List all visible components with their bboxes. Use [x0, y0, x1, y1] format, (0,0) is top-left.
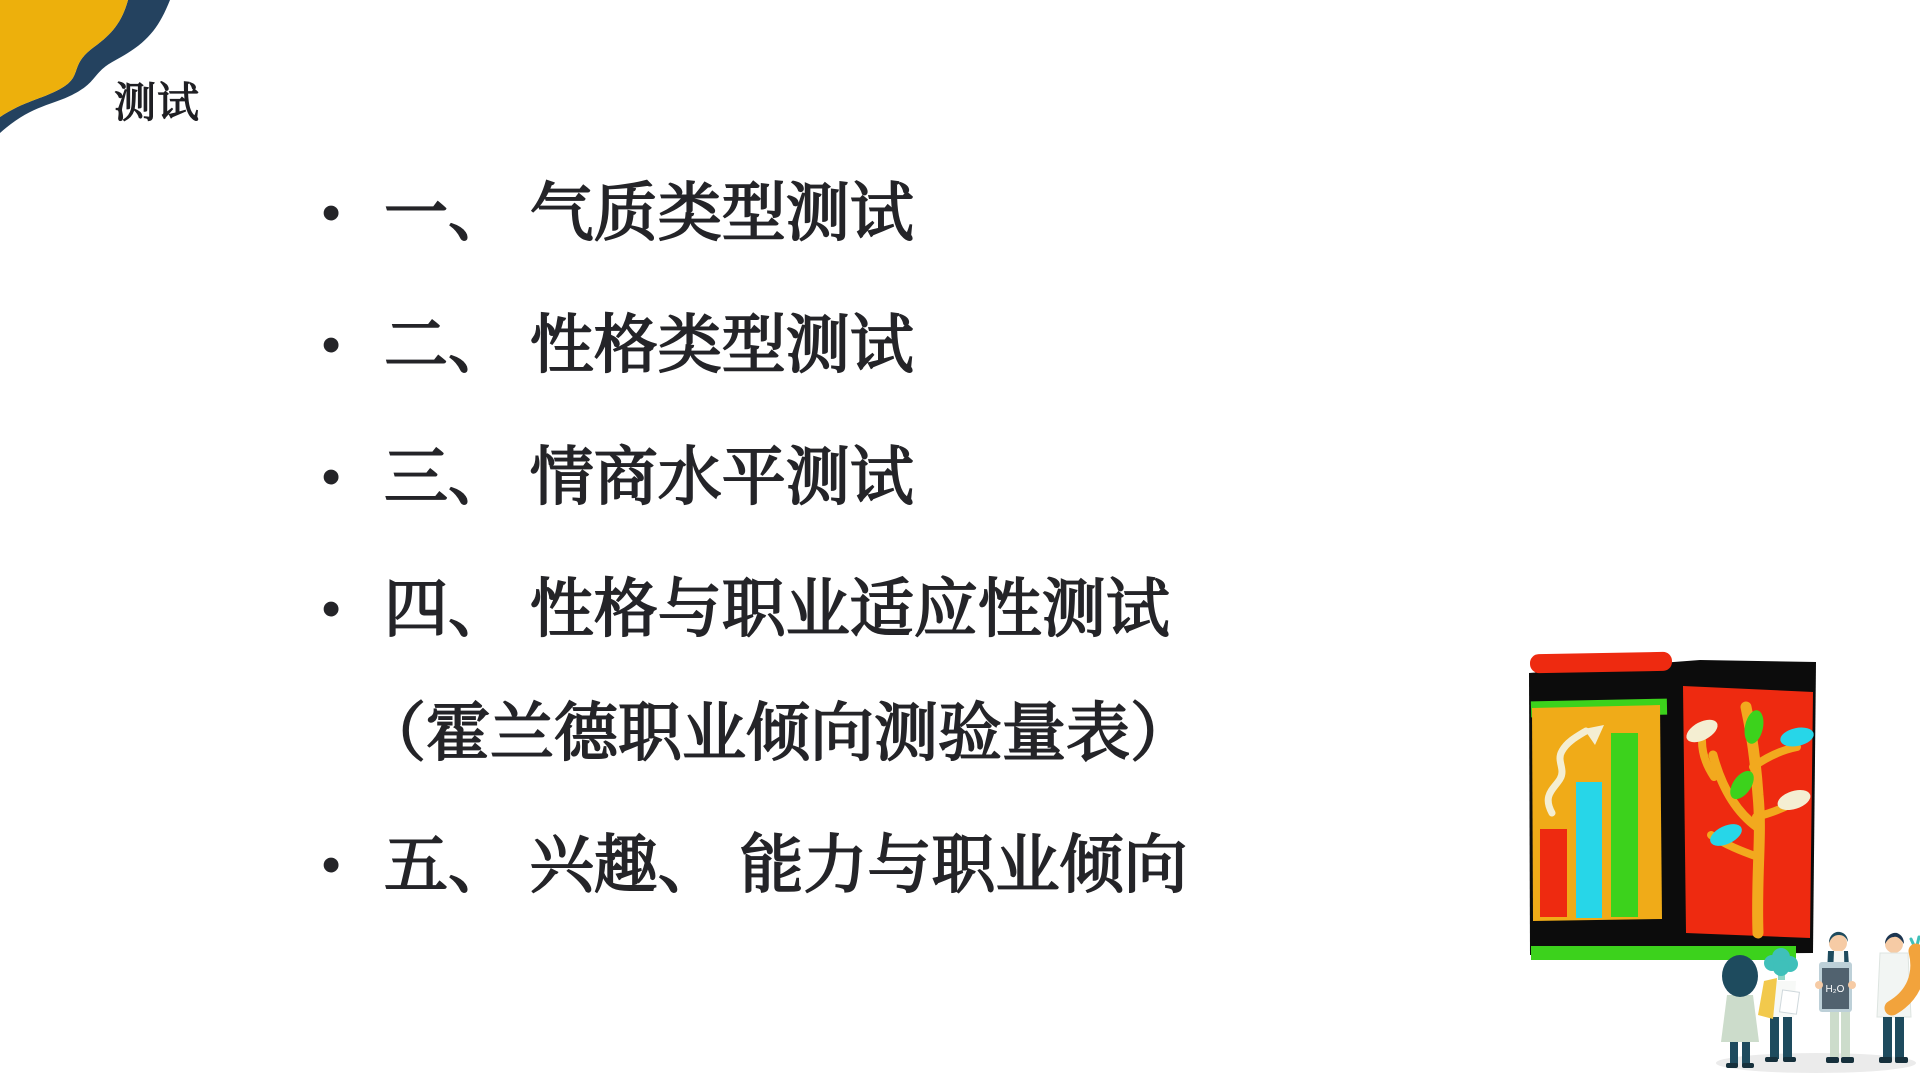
list-item: • 一、 气质类型测试 [322, 180, 1194, 246]
person-with-leaf [1721, 955, 1759, 1068]
paper-sheet [1780, 990, 1800, 1014]
person-with-broccoli [1758, 948, 1799, 1062]
tree-icon [1683, 686, 1816, 938]
list-item-text: 二、 性格类型测试 [384, 312, 914, 378]
bullet-icon: • [322, 312, 384, 378]
person-with-water: H₂O [1815, 932, 1856, 1063]
list-item-text: 五、 兴趣、 能力与职业倾向 [384, 832, 1188, 898]
list-item-text: 四、 性格与职业适应性测试 [384, 576, 1170, 642]
water-jar-label: H₂O [1826, 984, 1845, 995]
bullet-icon: • [322, 832, 384, 898]
bar-chart-icon [1531, 699, 1667, 921]
bullet-icon: • [322, 444, 384, 510]
bar-green [1611, 733, 1638, 917]
illustration: H₂O [1500, 645, 1920, 1080]
leaf-icon [1722, 955, 1758, 997]
list-item: • 三、 情商水平测试 [322, 444, 1194, 510]
page-title: 测试 [114, 70, 200, 130]
person-with-carrot [1877, 933, 1920, 1063]
list-item: • 二、 性格类型测试 [322, 312, 1194, 378]
panel-bottom-strip [1531, 946, 1796, 960]
panel-top-strip [1530, 652, 1672, 673]
test-list: • 一、 气质类型测试 • 二、 性格类型测试 • 三、 情商水平测试 • 四、… [322, 180, 1194, 964]
bullet-icon: • [322, 576, 384, 642]
bar-red [1540, 829, 1567, 917]
list-item-text: 一、 气质类型测试 [384, 180, 914, 246]
list-item: • 四、 性格与职业适应性测试 （霍兰德职业倾向测验量表） [322, 576, 1194, 766]
list-item-text: 三、 情商水平测试 [384, 444, 914, 510]
presentation-slide: 测试 • 一、 气质类型测试 • 二、 性格类型测试 • 三、 情商水平测试 • [0, 0, 1920, 1080]
list-item-subtext: （霍兰德职业倾向测验量表） [362, 700, 1194, 766]
bar-cyan [1576, 782, 1602, 918]
water-jar-icon: H₂O [1815, 962, 1856, 1012]
bullet-icon: • [322, 180, 384, 246]
list-item: • 五、 兴趣、 能力与职业倾向 [322, 832, 1194, 898]
framed-artwork [1529, 652, 1816, 960]
